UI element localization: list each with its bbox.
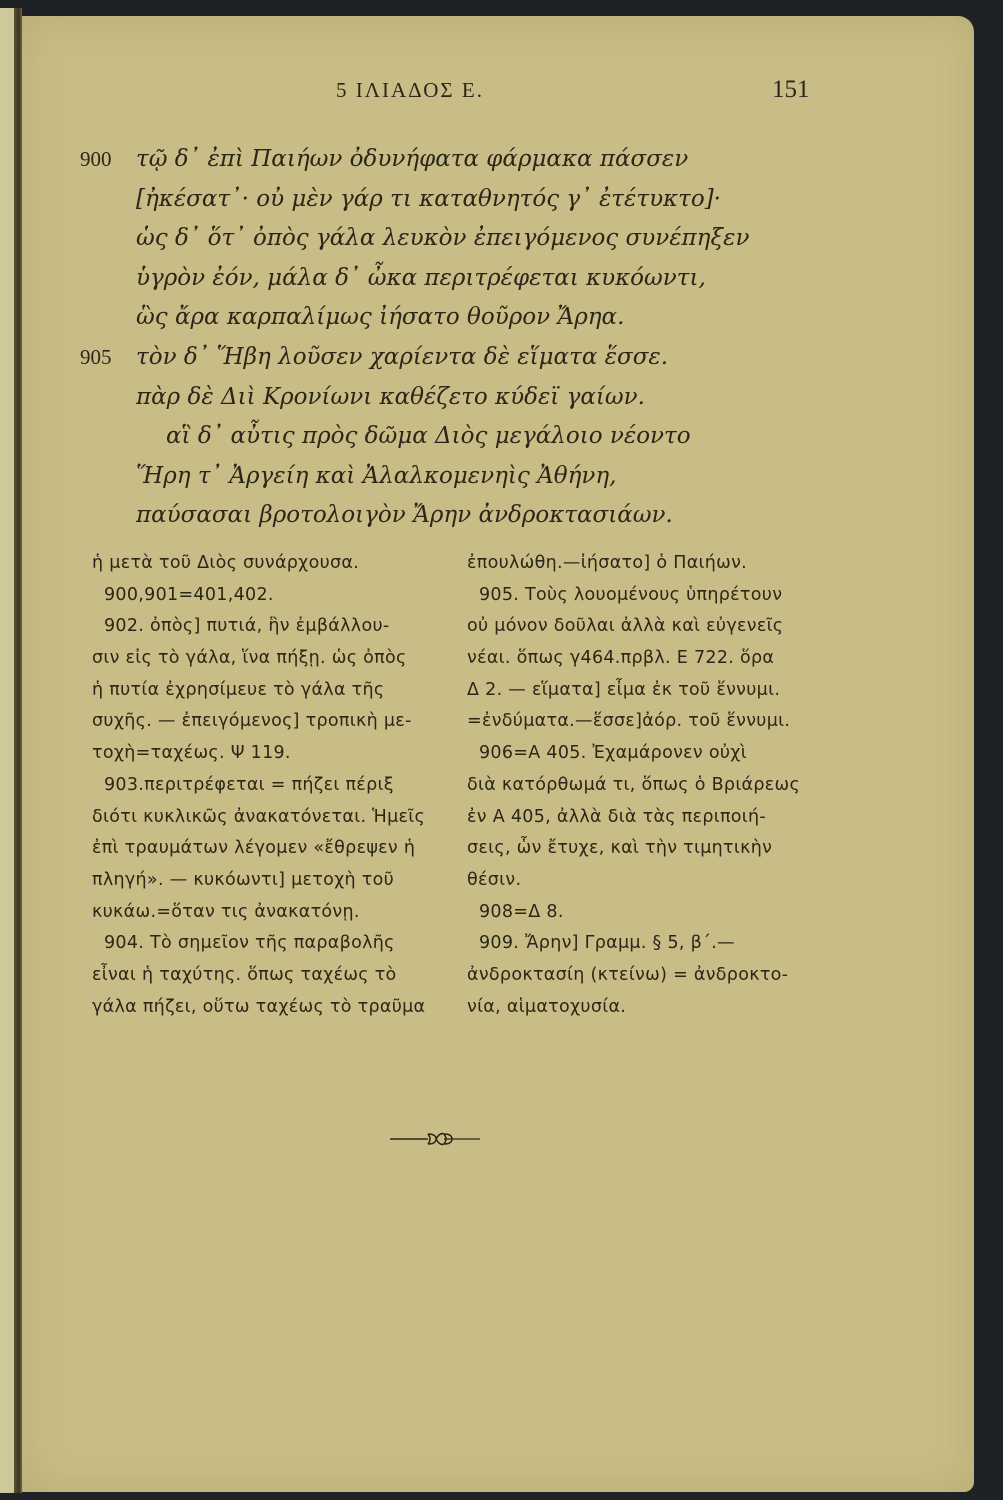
note-line: ἡ πυτία ἐχρησίμευε τὸ γάλα τῆς	[92, 675, 442, 707]
note-line: Δ 2. — εἵματα] εἶμα ἐκ τοῦ ἕννυμι.	[467, 675, 827, 707]
note-line: 909. Ἄρην] Γραμμ. § 5, β΄.—	[467, 928, 827, 960]
note-line: διὰ κατόρθωμά τι, ὅπως ὁ Βριάρεως	[467, 770, 827, 802]
verse-number: 905	[80, 338, 112, 378]
note-line: διότι κυκλικῶς ἀνακατόνεται. Ἡμεῖς	[92, 802, 442, 834]
note-line: ἐπὶ τραυμάτων λέγομεν «ἔθρεψεν ἡ	[92, 833, 442, 865]
verse-line: [ἠκέσατ᾽· οὐ μὲν γάρ τι καταθνητός γ᾽ ἐτ…	[80, 180, 800, 220]
previous-page-edge	[0, 8, 14, 1493]
verse-line: ὡς δ᾽ ὅτ᾽ ὀπὸς γάλα λευκὸν ἐπειγόμενος σ…	[80, 219, 800, 259]
note-line: πληγή». — κυκόωντι] μετοχὴ τοῦ	[92, 865, 442, 897]
verse-number: 900	[80, 140, 112, 180]
note-line: σιν εἰς τὸ γάλα, ἵνα πήξῃ. ὡς ὀπὸς	[92, 643, 442, 675]
note-line: συχῆς. — ἐπειγόμενος] τροπικὴ με-	[92, 706, 442, 738]
note-line: 903.περιτρέφεται = πήζει πέριξ	[92, 770, 442, 802]
note-line: νέαι. ὅπως γ464.πρβλ. Ε 722. ὅρα	[467, 643, 827, 675]
verse-line: ὣς ἄρα καρπαλίμως ἰήσατο θοῦρον Ἄρηα.	[80, 298, 800, 338]
note-line: ἡ μετὰ τοῦ Διὸς συνάρχουσα.	[92, 548, 442, 580]
note-line: 900,901=401,402.	[92, 580, 442, 612]
verse-text: Ἥρη τ᾽ Ἀργείη καὶ Ἀλαλκομενηὶς Ἀθήνη,	[136, 457, 616, 497]
verse-line: πὰρ δὲ Διὶ Κρονίωνι καθέζετο κύδεϊ γαίων…	[80, 378, 800, 418]
note-line: 905. Τοὺς λουομένους ὑπηρέτουν	[467, 580, 827, 612]
running-head: 5 ΙΛΙΑΔΟΣ Ε.	[336, 78, 484, 103]
note-line: ἀνδροκτασίη (κτείνω) = ἀνδροκτο-	[467, 960, 827, 992]
tailpiece-ornament-icon	[388, 1129, 484, 1149]
note-line: σεις, ὧν ἔτυχε, καὶ τὴν τιμητικὴν	[467, 833, 827, 865]
verse-block: 900 τῷ δ᾽ ἐπὶ Παιήων ὀδυνήφατα φάρμακα π…	[80, 140, 800, 536]
note-line: ἐν Α 405, ἀλλὰ διὰ τὰς περιποιή-	[467, 802, 827, 834]
note-line: 908=Δ 8.	[467, 897, 827, 929]
verse-text: πὰρ δὲ Διὶ Κρονίωνι καθέζετο κύδεϊ γαίων…	[136, 378, 645, 418]
verse-text: τῷ δ᾽ ἐπὶ Παιήων ὀδυνήφατα φάρμακα πάσσε…	[136, 140, 688, 180]
verse-text: παύσασαι βροτολοιγὸν Ἄρην ἀνδροκτασιάων.	[136, 496, 673, 536]
verse-text: ὡς δ᾽ ὅτ᾽ ὀπὸς γάλα λευκὸν ἐπειγόμενος σ…	[136, 219, 749, 259]
verse-line: Ἥρη τ᾽ Ἀργείη καὶ Ἀλαλκομενηὶς Ἀθήνη,	[80, 457, 800, 497]
verse-text: ὑγρὸν ἐόν, μάλα δ᾽ ὦκα περιτρέφεται κυκό…	[136, 259, 706, 299]
commentary-right-column: ἐπουλώθη.—ἰήσατο] ὁ Παιήων. 905. Τοὺς λο…	[467, 548, 827, 1023]
note-line: θέσιν.	[467, 865, 827, 897]
note-line: νία, αἱματοχυσία.	[467, 992, 827, 1024]
verse-line: παύσασαι βροτολοιγὸν Ἄρην ἀνδροκτασιάων.	[80, 496, 800, 536]
note-line: 902. ὀπὸς] πυτιά, ἣν ἐμβάλλου-	[92, 611, 442, 643]
verse-text: [ἠκέσατ᾽· οὐ μὲν γάρ τι καταθνητός γ᾽ ἐτ…	[136, 180, 721, 220]
note-line: οὐ μόνον δοῦλαι ἀλλὰ καὶ εὐγενεῖς	[467, 611, 827, 643]
verse-line: αἳ δ᾽ αὖτις πρὸς δῶμα Διὸς μεγάλοιο νέον…	[80, 417, 800, 457]
note-line: τοχὴ=ταχέως. Ψ 119.	[92, 738, 442, 770]
book-gutter	[14, 8, 22, 1493]
note-line: 904. Τὸ σημεῖον τῆς παραβολῆς	[92, 928, 442, 960]
verse-line: 900 τῷ δ᾽ ἐπὶ Παιήων ὀδυνήφατα φάρμακα π…	[80, 140, 800, 180]
verse-text: ὣς ἄρα καρπαλίμως ἰήσατο θοῦρον Ἄρηα.	[136, 298, 624, 338]
note-line: ἐπουλώθη.—ἰήσατο] ὁ Παιήων.	[467, 548, 827, 580]
note-line: 906=Α 405. Ἐχαμάρονεν οὐχὶ	[467, 738, 827, 770]
note-line: =ἐνδύματα.—ἕσσε]ἀόρ. τοῦ ἕννυμι.	[467, 706, 827, 738]
note-line: εἶναι ἡ ταχύτης. ὅπως ταχέως τὸ	[92, 960, 442, 992]
commentary-left-column: ἡ μετὰ τοῦ Διὸς συνάρχουσα. 900,901=401,…	[92, 548, 442, 1023]
verse-line: ὑγρὸν ἐόν, μάλα δ᾽ ὦκα περιτρέφεται κυκό…	[80, 259, 800, 299]
note-line: γάλα πήζει, οὕτω ταχέως τὸ τραῦμα	[92, 992, 442, 1024]
verse-line: 905 τὸν δ᾽ Ἥβη λοῦσεν χαρίεντα δὲ εἵματα…	[80, 338, 800, 378]
verse-text: τὸν δ᾽ Ἥβη λοῦσεν χαρίεντα δὲ εἵματα ἕσσ…	[136, 338, 668, 378]
verse-text: αἳ δ᾽ αὖτις πρὸς δῶμα Διὸς μεγάλοιο νέον…	[166, 417, 691, 457]
page-number: 151	[772, 76, 810, 104]
note-line: κυκάω.=ὅταν τις ἀνακατόνῃ.	[92, 897, 442, 929]
